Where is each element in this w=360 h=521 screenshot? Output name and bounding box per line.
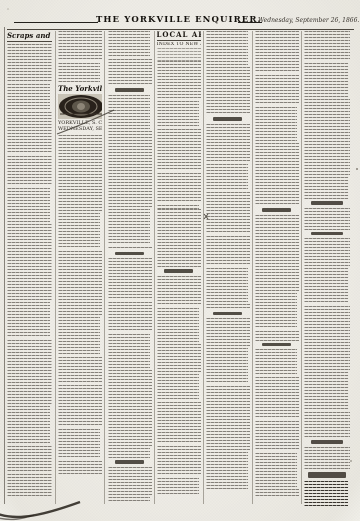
illegible-text-block [206, 31, 248, 65]
illegible-text-block [255, 293, 297, 329]
column-2: The Yorkville Enquirer. YORKVILLE, S. C.… [58, 31, 102, 481]
illegible-text-block [255, 453, 297, 487]
column-6 [255, 31, 299, 500]
illegible-subheading [262, 343, 292, 347]
column-2-text [58, 135, 102, 475]
illegible-text-block [58, 213, 100, 249]
illegible-text-block [157, 173, 201, 203]
column-5-text [206, 31, 250, 115]
column-4-text [157, 374, 201, 494]
illegible-text-block [157, 308, 199, 342]
illegible-text-block [58, 357, 102, 383]
illegible-text-block [108, 179, 152, 207]
illegible-text-block [206, 386, 250, 408]
column-3-text [108, 467, 152, 501]
illegible-text-block [304, 268, 348, 304]
illegible-text-block [255, 331, 299, 341]
illegible-text-block [304, 63, 348, 97]
illegible-text-block [255, 349, 297, 375]
illegible-text-block [108, 302, 152, 332]
illegible-text-block [108, 334, 150, 368]
illegible-text-block [58, 251, 102, 273]
illegible-text-block [157, 209, 201, 255]
illegible-text-block [304, 412, 350, 438]
issue-date: Wednesday, September 26, 1866. [258, 17, 354, 24]
illegible-text-block [7, 156, 52, 186]
illegible-text-block [206, 67, 250, 113]
illegible-subheading [115, 460, 145, 464]
illegible-text-block [108, 448, 150, 458]
illegible-text-block [7, 406, 50, 444]
column-3-text [108, 258, 152, 458]
column-3-text [108, 31, 152, 86]
column-6-text [255, 349, 299, 497]
illegible-text-block [7, 272, 52, 300]
illegible-text-block [7, 340, 52, 362]
illegible-text-block [255, 75, 299, 105]
engraved-seal-icon [58, 94, 102, 119]
illegible-text-block [304, 31, 350, 61]
illegible-text-block [108, 370, 152, 416]
illegible-subheading [311, 440, 342, 444]
editorial-masthead-heading: The Yorkville Enquirer. [58, 85, 102, 93]
illegible-subheading [308, 472, 347, 478]
column-5 [206, 31, 250, 497]
illegible-text-block [58, 429, 100, 459]
illegible-text-block [304, 372, 348, 410]
illegible-text-block [157, 478, 199, 494]
illegible-text-block [58, 275, 102, 315]
illegible-text-block [206, 318, 250, 346]
illegible-text-block [255, 489, 299, 497]
column-7-text-dense [304, 481, 350, 507]
ad-index-list [157, 48, 201, 61]
illegible-subheading [115, 252, 145, 256]
illegible-text-block [108, 418, 152, 446]
illegible-text-block [206, 348, 248, 384]
scan-fold-edge [4, 27, 5, 504]
column-4-text [157, 209, 201, 267]
column-7-text [304, 238, 350, 438]
illegible-text-block [7, 446, 52, 472]
illegible-text-block [304, 306, 350, 328]
local-affairs-heading: LOCAL AFFAIRS. [157, 31, 201, 41]
illegible-text-block [157, 276, 201, 306]
illegible-text-block [157, 101, 199, 127]
newspaper-title: THE YORKVILLE ENQUIRER. [96, 15, 242, 25]
illegible-text-block [108, 247, 152, 250]
illegible-text-block [157, 446, 201, 476]
illegible-text-block [7, 44, 52, 82]
illegible-text-block [58, 317, 100, 355]
illegible-text-block [255, 215, 299, 261]
illegible-text-block [7, 474, 52, 496]
column-5-text [206, 318, 250, 494]
masthead-rule-left [14, 22, 98, 24]
illegible-subheading [164, 269, 194, 273]
masthead-bottom-rule [7, 29, 354, 30]
illegible-text-block [157, 61, 201, 99]
illegible-text-block [255, 377, 299, 419]
illegible-text-block [157, 402, 201, 444]
illegible-text-block [206, 124, 250, 162]
illegible-subheading [115, 88, 145, 92]
illegible-text-block [7, 84, 50, 110]
illegible-text-block [157, 374, 199, 400]
illegible-text-block [304, 330, 350, 370]
illegible-text-block [108, 31, 150, 57]
illegible-text-block [255, 191, 299, 206]
illegible-text-block [58, 63, 100, 84]
illegible-text-block [255, 421, 299, 451]
illegible-text-block [304, 99, 350, 145]
illegible-subheading [213, 117, 243, 121]
illegible-text-block [255, 143, 299, 189]
column-1-text [7, 44, 52, 496]
illegible-text-block [7, 302, 50, 338]
illegible-text-block [157, 257, 201, 267]
illegible-text-block [255, 107, 297, 141]
illegible-text-block [108, 467, 152, 495]
illegible-text-block [108, 209, 150, 245]
illegible-text-block [255, 263, 299, 291]
column-4-text [157, 276, 201, 374]
illegible-subheading [213, 312, 243, 316]
column-2-text [58, 31, 102, 84]
illegible-text-block [304, 238, 350, 266]
illegible-text-block [157, 344, 201, 374]
illegible-text-block [157, 129, 201, 171]
illegible-text-block [304, 208, 350, 230]
illegible-text-block [157, 48, 201, 61]
illegible-subheading [311, 201, 342, 205]
column-4: LOCAL AFFAIRS. INDEX TO NEW ADVERTISEMEN… [157, 31, 201, 501]
illegible-text-block [108, 95, 150, 129]
column-1: Scraps and Facts. [7, 31, 52, 497]
advertisements-index-heading: INDEX TO NEW ADVERTISEMENTS. [157, 42, 201, 48]
column-4-text [157, 61, 201, 209]
illegible-text-block [58, 385, 102, 427]
illegible-text-block [58, 31, 102, 61]
illegible-text-block [206, 236, 250, 266]
column-rule [154, 31, 155, 504]
illegible-text-block [206, 164, 248, 190]
illegible-text-block [108, 59, 152, 86]
illegible-subheading [311, 232, 342, 236]
column-7-text [304, 31, 350, 199]
column-5-text [206, 124, 250, 310]
dateline-date: WEDNESDAY, SEPT. 26, 1866. [58, 126, 102, 132]
illegible-text-block [7, 188, 50, 222]
column-rule [252, 31, 253, 504]
illegible-text-block [7, 112, 52, 154]
column-rule [55, 31, 56, 504]
illegible-text-block [108, 131, 152, 177]
column-3 [108, 31, 152, 504]
illegible-text-block [108, 258, 152, 300]
column-7-text [304, 208, 350, 230]
illegible-text-block [58, 461, 102, 475]
illegible-text-block [7, 224, 52, 270]
illegible-text-block [206, 192, 250, 234]
illegible-text-block [304, 177, 348, 199]
illegible-text-block [206, 452, 248, 490]
column-rule [203, 31, 204, 504]
scraps-and-facts-heading: Scraps and Facts. [7, 31, 52, 42]
illegible-text-block [255, 31, 299, 73]
column-3-text [108, 95, 152, 250]
column-rule [301, 31, 302, 504]
illegible-text-block [58, 183, 102, 211]
illegible-text-block [206, 304, 250, 310]
column-7-text [304, 447, 350, 470]
illegible-text-block [206, 410, 250, 450]
column-6-text [255, 215, 299, 341]
column-7 [304, 31, 350, 506]
illegible-text-block [304, 447, 350, 470]
column-6-text [255, 31, 299, 206]
illegible-text-block [304, 481, 348, 507]
illegible-subheading [262, 208, 292, 212]
newspaper-page-scan: THE YORKVILLE ENQUIRER. Wednesday, Septe… [0, 0, 360, 521]
column-rule [104, 31, 105, 504]
illegible-text-block [58, 135, 102, 181]
illegible-text-block [304, 147, 350, 175]
illegible-text-block [7, 364, 52, 404]
illegible-text-block [206, 268, 248, 302]
illegible-text-block [108, 497, 150, 501]
